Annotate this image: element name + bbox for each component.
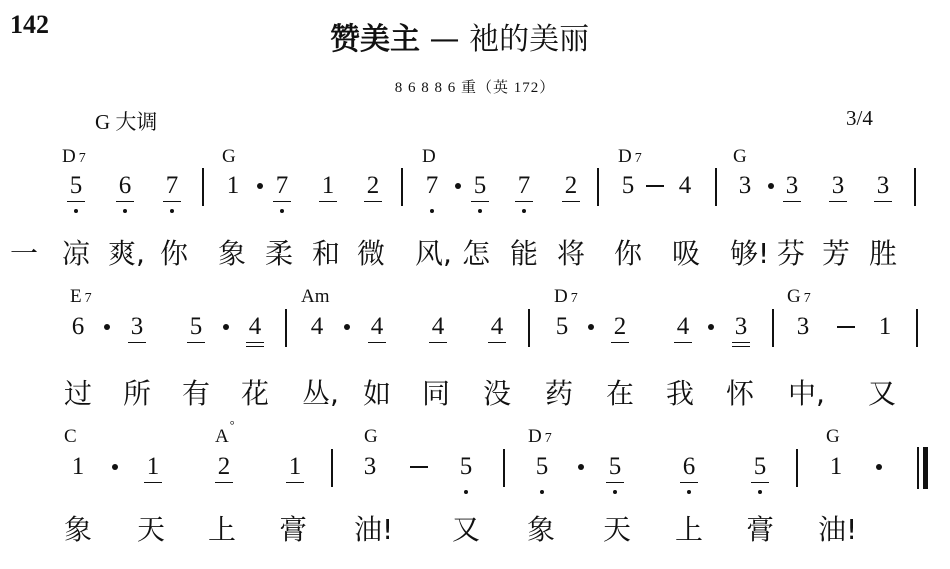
barline xyxy=(503,449,505,487)
note: 4 xyxy=(367,313,387,341)
lyric-syllable: 膏 xyxy=(279,508,307,548)
lyric-syllable: 油! xyxy=(354,508,393,548)
lower-octave-dot xyxy=(613,490,617,494)
note: 4 xyxy=(428,313,448,341)
lyric-syllable: 芬 xyxy=(777,232,805,272)
lyric-syllable: 象 xyxy=(527,508,555,548)
barline xyxy=(796,449,798,487)
lyric-syllable: 上 xyxy=(675,508,703,548)
note: 4 xyxy=(307,313,327,341)
lyric-syllable: 凉 xyxy=(62,232,90,272)
lower-octave-dot xyxy=(478,209,482,213)
lyric-syllable: 中, xyxy=(788,372,825,412)
lyric-syllable: 和 xyxy=(312,232,340,272)
lyric-syllable: 有 xyxy=(182,372,210,412)
note: 1 xyxy=(318,172,338,200)
note: 5 xyxy=(552,313,572,341)
note: 5 xyxy=(605,453,625,481)
extension-dash xyxy=(837,326,855,328)
note: 3 xyxy=(127,313,147,341)
chord-symbol: D xyxy=(422,146,436,168)
note: 3 xyxy=(731,313,751,341)
title-sub: 祂的美丽 xyxy=(469,22,589,57)
chord-symbol: D7 xyxy=(62,146,86,168)
hymn-title: 赞美主 — 祂的美丽 xyxy=(330,14,589,58)
lower-octave-dot xyxy=(687,490,691,494)
chord-symbol: A° xyxy=(215,426,235,448)
augmentation-dot xyxy=(708,324,714,330)
chord-symbol: G7 xyxy=(787,286,811,308)
chord-symbol: G xyxy=(222,146,236,168)
title-main: 赞美主 xyxy=(330,22,420,57)
note: 7 xyxy=(162,172,182,200)
note: 3 xyxy=(828,172,848,200)
chord-symbol: G xyxy=(364,426,378,448)
lyric-syllable: 丛, xyxy=(302,372,339,412)
note: 1 xyxy=(875,313,895,341)
note: 5 xyxy=(66,172,86,200)
note: 5 xyxy=(750,453,770,481)
barline xyxy=(597,168,599,206)
final-barline-thick xyxy=(923,447,928,489)
lower-octave-dot xyxy=(123,209,127,213)
note: 2 xyxy=(610,313,630,341)
lyric-syllable: 吸 xyxy=(672,232,700,272)
note: 4 xyxy=(245,313,265,341)
lower-octave-dot xyxy=(758,490,762,494)
lyric-syllable: 我 xyxy=(666,372,694,412)
note: 6 xyxy=(68,313,88,341)
lyric-syllable: 够! xyxy=(730,232,769,272)
note: 2 xyxy=(561,172,581,200)
augmentation-dot xyxy=(112,464,118,470)
chord-symbol: D7 xyxy=(618,146,642,168)
lower-octave-dot xyxy=(464,490,468,494)
barline xyxy=(331,449,333,487)
key-signature: G 大调 xyxy=(95,106,157,136)
note: 1 xyxy=(826,453,846,481)
lower-octave-dot xyxy=(280,209,284,213)
lyric-syllable: 花 xyxy=(241,372,269,412)
chord-symbol: C xyxy=(64,426,77,448)
note: 1 xyxy=(143,453,163,481)
note: 1 xyxy=(285,453,305,481)
note: 2 xyxy=(214,453,234,481)
note: 5 xyxy=(618,172,638,200)
lyric-syllable: 微 xyxy=(357,232,385,272)
augmentation-dot xyxy=(876,464,882,470)
lower-octave-dot xyxy=(430,209,434,213)
note: 3 xyxy=(782,172,802,200)
note: 5 xyxy=(532,453,552,481)
lyric-syllable: 如 xyxy=(363,372,391,412)
chord-symbol: G xyxy=(826,426,840,448)
note: 7 xyxy=(272,172,292,200)
chord-symbol: E7 xyxy=(70,286,92,308)
lyric-syllable: 又 xyxy=(452,508,480,548)
lyric-syllable: 风, xyxy=(415,232,452,272)
augmentation-dot xyxy=(588,324,594,330)
final-barline-thin xyxy=(917,447,919,489)
lyric-syllable: 你 xyxy=(614,232,642,272)
note: 4 xyxy=(673,313,693,341)
lyric-syllable: 天 xyxy=(603,508,631,548)
lyric-syllable: 芳 xyxy=(822,232,850,272)
lyric-syllable: 柔 xyxy=(265,232,293,272)
barline xyxy=(914,168,916,206)
barline xyxy=(715,168,717,206)
augmentation-dot xyxy=(257,183,263,189)
time-signature: 3/4 xyxy=(846,106,873,131)
note: 3 xyxy=(873,172,893,200)
lyric-syllable: 怀 xyxy=(726,372,754,412)
augmentation-dot xyxy=(104,324,110,330)
note: 1 xyxy=(68,453,88,481)
augmentation-dot xyxy=(455,183,461,189)
augmentation-dot xyxy=(344,324,350,330)
lower-octave-dot xyxy=(170,209,174,213)
barline xyxy=(285,309,287,347)
lower-octave-dot xyxy=(522,209,526,213)
note: 6 xyxy=(679,453,699,481)
augmentation-dot xyxy=(223,324,229,330)
note: 4 xyxy=(675,172,695,200)
lyric-syllable: 所 xyxy=(123,372,151,412)
note: 3 xyxy=(793,313,813,341)
lyric-syllable: 又 xyxy=(868,372,896,412)
lyric-syllable: 象 xyxy=(218,232,246,272)
lyric-syllable: 将 xyxy=(557,232,585,272)
note: 6 xyxy=(115,172,135,200)
note: 5 xyxy=(186,313,206,341)
chord-symbol: D7 xyxy=(554,286,578,308)
chord-symbol: Am xyxy=(301,286,330,308)
note: 3 xyxy=(360,453,380,481)
note: 7 xyxy=(514,172,534,200)
note: 7 xyxy=(422,172,442,200)
chord-symbol: D7 xyxy=(528,426,552,448)
note: 1 xyxy=(223,172,243,200)
lyric-syllable: 膏 xyxy=(746,508,774,548)
lyric-syllable: 在 xyxy=(606,372,634,412)
extension-dash xyxy=(410,466,428,468)
lyric-syllable: 药 xyxy=(545,372,573,412)
lower-octave-dot xyxy=(540,490,544,494)
note: 4 xyxy=(487,313,507,341)
lyric-syllable: 过 xyxy=(64,372,92,412)
lyric-syllable: 胜 xyxy=(869,232,897,272)
note: 2 xyxy=(363,172,383,200)
chord-symbol: G xyxy=(733,146,747,168)
barline xyxy=(202,168,204,206)
augmentation-dot xyxy=(578,464,584,470)
lyric-syllable: 没 xyxy=(483,372,511,412)
lyric-syllable: 上 xyxy=(208,508,236,548)
lyric-syllable: 你 xyxy=(160,232,188,272)
hymn-number: 142 xyxy=(10,10,49,40)
note: 3 xyxy=(735,172,755,200)
barline xyxy=(916,309,918,347)
lyric-syllable: 怎 xyxy=(462,232,490,272)
lyric-syllable: 油! xyxy=(818,508,857,548)
lyric-syllable: 爽, xyxy=(108,232,145,272)
lyric-syllable: 象 xyxy=(64,508,92,548)
barline xyxy=(772,309,774,347)
lyric-syllable: 能 xyxy=(510,232,538,272)
extension-dash xyxy=(646,185,664,187)
lyric-syllable: 同 xyxy=(422,372,450,412)
meter-info: 8 6 8 8 6 重（英 172） xyxy=(0,76,950,97)
barline xyxy=(401,168,403,206)
note: 5 xyxy=(456,453,476,481)
augmentation-dot xyxy=(768,183,774,189)
title-separator: — xyxy=(430,22,460,57)
lyric-syllable: 天 xyxy=(137,508,165,548)
lyric-syllable: 一 xyxy=(10,232,38,272)
barline xyxy=(528,309,530,347)
lower-octave-dot xyxy=(74,209,78,213)
note: 5 xyxy=(470,172,490,200)
